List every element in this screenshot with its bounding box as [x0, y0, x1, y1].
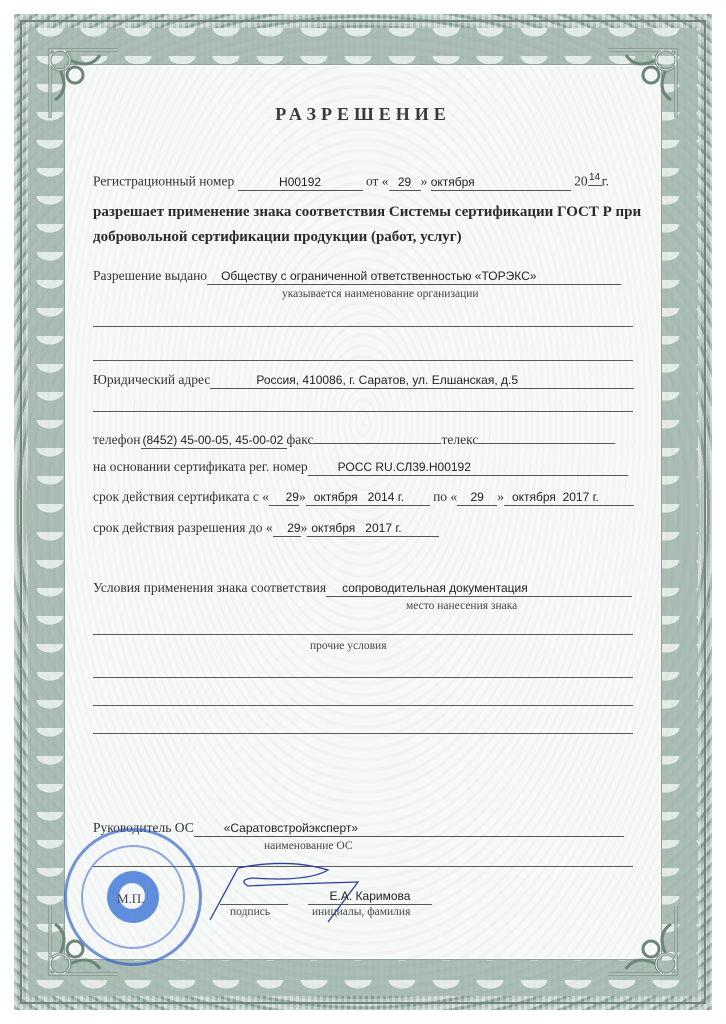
telex-label: телекс: [441, 432, 478, 447]
head-value: «Саратовстройэксперт»: [194, 821, 624, 837]
certificate-row: на основании сертификата рег. номерРОСС …: [93, 459, 628, 476]
registration-day-close: »: [421, 174, 428, 189]
certificate-number: РОСС RU.СЛ39.Н00192: [308, 460, 628, 476]
registration-from-label: от «: [366, 174, 389, 189]
blank-line: [93, 677, 633, 678]
cert-validity-close: »: [299, 489, 306, 504]
registration-year-unit: г.: [602, 174, 609, 189]
issued-to-label: Разрешение выдано: [93, 268, 207, 283]
registration-number: Н00192: [238, 175, 363, 191]
head-name-row: Е.А. Каримова: [308, 888, 432, 905]
head-name: Е.А. Каримова: [308, 889, 432, 905]
document-title: РАЗРЕШЕНИЕ: [0, 104, 726, 125]
blank-line: [93, 326, 633, 327]
fax-value: [313, 443, 441, 444]
statement-line-1: разрешает применение знака соответствия …: [93, 204, 641, 221]
issued-to-value: Обществу с ограниченной ответственностью…: [207, 269, 621, 285]
cert-validity-label: срок действия сертификата с «: [93, 489, 269, 504]
document-content: РАЗРЕШЕНИЕ Регистрационный номер Н00192 …: [0, 0, 726, 1024]
official-stamp: М.П.: [64, 828, 202, 966]
legal-address-label: Юридический адрес: [93, 372, 210, 387]
conditions-other-hint: прочие условия: [310, 640, 387, 652]
blank-line: [93, 360, 633, 361]
stamp-label: М.П.: [117, 891, 144, 907]
conditions-label: Условия применения знака соответствия: [93, 580, 326, 595]
cert-validity-to-rest: октября 2017 г.: [504, 490, 634, 506]
legal-address-row: Юридический адресРоссия, 410086, г. Сара…: [93, 372, 634, 389]
statement-line-2: добровольной сертификации продукции (раб…: [93, 229, 462, 246]
permit-validity-rest: октября 2017 г.: [307, 521, 439, 537]
signature-hint: подпись: [230, 906, 270, 918]
conditions-place-hint: место нанесения знака: [406, 600, 517, 612]
fax-label: факс: [287, 432, 314, 447]
blank-line: [93, 411, 633, 412]
certificate-label: на основании сертификата рег. номер: [93, 459, 308, 474]
head-name-hint: инициалы, фамилия: [312, 906, 410, 918]
blank-line: [93, 634, 633, 635]
cert-validity-to-label: по «: [433, 489, 457, 504]
blank-line: [93, 733, 633, 734]
cert-validity-close: »: [497, 489, 504, 504]
permit-validity-label: срок действия разрешения до «: [93, 520, 273, 535]
phone-label: телефон: [93, 432, 141, 447]
telex-value: [478, 443, 615, 444]
registration-month: октября: [431, 175, 571, 191]
signature-line: [220, 904, 288, 905]
registration-day: 29: [389, 175, 421, 191]
permit-validity-row: срок действия разрешения до «29»октября …: [93, 520, 439, 537]
blank-line: [93, 705, 633, 706]
cert-validity-from-day: 29: [269, 490, 299, 506]
registration-row: Регистрационный номер Н00192 от «29» окт…: [93, 170, 609, 191]
phone-value: (8452) 45-00-05, 45-00-02: [141, 433, 287, 449]
contacts-row: телефон(8452) 45-00-05, 45-00-02факстеле…: [93, 432, 615, 449]
head-hint: наименование ОС: [264, 840, 353, 852]
registration-label: Регистрационный номер: [93, 174, 234, 189]
issued-to-row: Разрешение выданоОбществу с ограниченной…: [93, 268, 621, 285]
conditions-row: Условия применения знака соответствиясоп…: [93, 580, 632, 597]
permit-validity-day: 29: [273, 521, 301, 537]
registration-year-suffix: 14: [588, 170, 602, 186]
head-row: Руководитель ОС«Саратовстройэксперт»: [93, 820, 624, 837]
cert-validity-to-day: 29: [457, 490, 497, 506]
permit-validity-close: »: [301, 520, 308, 535]
legal-address-value: Россия, 410086, г. Саратов, ул. Елшанска…: [210, 373, 634, 389]
registration-year-prefix: 20: [574, 174, 588, 189]
cert-validity-from-rest: октября 2014 г.: [306, 490, 430, 506]
issued-to-hint: указывается наименование организации: [282, 288, 479, 300]
certificate-validity-row: срок действия сертификата с «29»октября …: [93, 489, 634, 506]
conditions-value: сопроводительная документация: [326, 581, 632, 597]
